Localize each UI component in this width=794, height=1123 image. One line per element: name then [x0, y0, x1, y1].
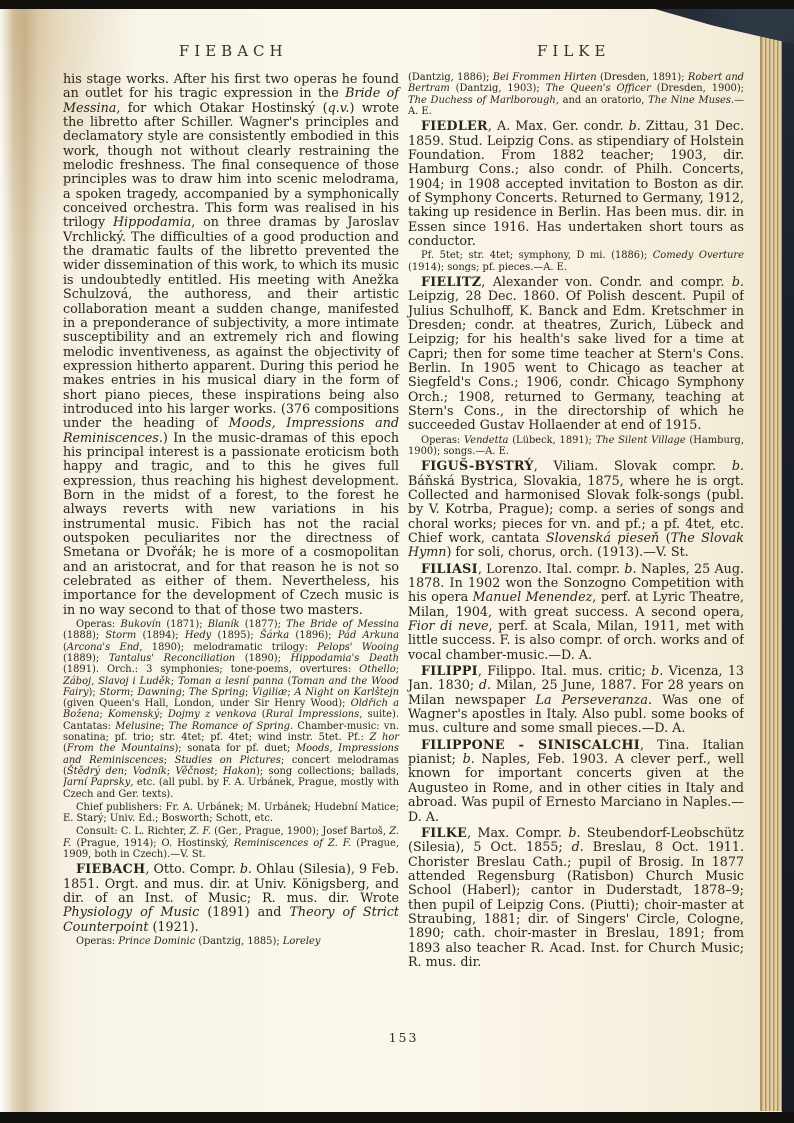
- text-run: (Lübeck, 1891);: [508, 435, 595, 446]
- page-number: 153: [63, 1030, 744, 1045]
- entry-paragraph: Pf. 5tet; str. 4tet; symphony, D mi. (18…: [408, 250, 744, 273]
- text-run: , Filippo. Ital. mus. critic;: [478, 663, 651, 678]
- text-run: (Dantzig, 1903);: [450, 83, 546, 94]
- text-run: Dojmy z venkova: [168, 709, 257, 720]
- text-run: ;: [161, 721, 169, 732]
- text-run: Hedy: [185, 630, 211, 641]
- text-run: (1891) and: [199, 904, 289, 919]
- text-run: Hakon: [223, 766, 256, 777]
- text-column-left: his stage works. After his first two ope…: [63, 72, 399, 969]
- text-run: (1891). Orch.: 3 symphonies; tone-poems,…: [63, 664, 359, 675]
- text-run: , Otto. Compr.: [145, 861, 240, 876]
- text-run: Štědrý den: [67, 766, 124, 777]
- text-run: ) for soli, chorus, orch. (1913).—V. St.: [446, 544, 688, 559]
- text-run: Comedy Overture: [653, 250, 744, 261]
- text-run: ); song collections; ballads,: [256, 766, 399, 777]
- text-run: Slovenská pieseň: [546, 530, 659, 545]
- text-run: FILKE: [421, 825, 467, 840]
- text-run: b.: [629, 118, 641, 133]
- text-run: Prince Dominic: [118, 936, 195, 947]
- text-run: , Max. Compr.: [467, 825, 568, 840]
- entry-paragraph: Operas: Vendetta (Lübeck, 1891); The Sil…: [408, 435, 744, 458]
- text-run: Reminiscences of Z. F.: [234, 838, 351, 849]
- text-run: The Romance of Spring: [169, 721, 290, 732]
- text-run: (: [659, 530, 670, 545]
- text-run: (1889);: [63, 653, 109, 664]
- entry-paragraph: FILIPPI, Filippo. Ital. mus. critic; b. …: [408, 664, 744, 736]
- text-run: (given Queen's Hall, London, under Sir H…: [63, 698, 351, 709]
- text-run: Studies on Pictures: [175, 755, 281, 766]
- text-run: (: [257, 709, 266, 720]
- text-run: d.: [479, 677, 491, 692]
- text-run: ); sonata for pf. duet;: [174, 743, 296, 754]
- text-run: Manuel Menendez: [473, 589, 593, 604]
- text-run: Záboj, Slavoj i Luděk: [63, 676, 171, 687]
- text-run: Operas:: [76, 619, 120, 630]
- text-run: Othello: [359, 664, 396, 675]
- text-run: Hippodamia: [113, 214, 191, 229]
- text-run: FIGUŠ-BYSTRÝ: [421, 458, 534, 473]
- text-run: FILIPPI: [421, 663, 478, 678]
- entry-paragraph: Consult: C. L. Richter, Z. F. (Ger., Pra…: [63, 826, 399, 860]
- text-run: b.: [651, 663, 663, 678]
- text-run: (Dresden, 1891);: [597, 72, 688, 83]
- binding-right-edge: [782, 0, 794, 1123]
- text-run: q.v.: [328, 100, 350, 115]
- text-columns: his stage works. After his first two ope…: [63, 72, 744, 969]
- text-run: ;: [124, 766, 133, 777]
- text-run: Loreley: [283, 936, 321, 947]
- text-run: The Nine Muses: [648, 95, 731, 106]
- text-run: b.: [732, 274, 744, 289]
- text-run: (1914); songs; pf. pieces.—A. E.: [408, 262, 567, 273]
- entry-paragraph: FIGUŠ-BYSTRÝ, Viliam. Slovak compr. b. B…: [408, 459, 744, 559]
- text-run: Storm: [99, 687, 130, 698]
- text-run: Pelops' Wooing: [317, 642, 399, 653]
- text-run: From the Mountains: [67, 743, 175, 754]
- text-run: , and an oratorio,: [556, 95, 648, 106]
- text-run: ;: [100, 709, 109, 720]
- binding-bottom-edge: [0, 1112, 794, 1123]
- text-run: , for which Otakar Hostinský (: [116, 100, 327, 115]
- text-run: , Alexander von. Condr. and compr.: [481, 274, 732, 289]
- text-run: (1896);: [289, 630, 338, 641]
- text-run: Vendetta: [464, 435, 508, 446]
- text-run: The Queen's Officer: [546, 83, 651, 94]
- text-run: b.: [624, 561, 636, 576]
- text-run: Dawning: [137, 687, 181, 698]
- text-run: FILIASI: [421, 561, 478, 576]
- text-run: Rural Impressions: [266, 709, 360, 720]
- text-run: Bei Frommen Hirten: [493, 72, 597, 83]
- text-run: (1871);: [161, 619, 208, 630]
- text-run: .) In the music-dramas of this epoch his…: [63, 430, 399, 617]
- text-run: );: [89, 687, 100, 698]
- text-run: FIEBACH: [76, 861, 145, 876]
- text-run: (Dantzig, 1885);: [195, 936, 283, 947]
- text-run: (1894);: [136, 630, 185, 641]
- text-run: The Bride of Messina: [286, 619, 399, 630]
- entry-paragraph: Operas: Bukovín (1871); Blaník (1877); T…: [63, 619, 399, 800]
- text-run: Operas:: [76, 936, 118, 947]
- text-run: Komenský: [108, 709, 159, 720]
- entry-paragraph: FIEDLER, A. Max. Ger. condr. b. Zittau, …: [408, 119, 744, 248]
- text-run: ;: [182, 687, 189, 698]
- text-run: Consult: C. L. Richter,: [76, 826, 190, 837]
- text-run: Arcona's End: [67, 642, 140, 653]
- text-run: FILIPPONE - SINISCALCHI: [421, 737, 640, 752]
- text-run: Blaník: [208, 619, 240, 630]
- text-run: Leipzig, 28 Dec. 1860. Of Polish descent…: [408, 288, 744, 432]
- binding-top-edge: [0, 0, 794, 9]
- text-run: , on three dramas by Jaroslav Vrchlický.…: [63, 214, 399, 430]
- text-run: b.: [463, 751, 475, 766]
- text-run: , 1890); melodramatic trilogy:: [139, 642, 317, 653]
- text-run: (Prague, 1914); O. Hostinský,: [71, 838, 233, 849]
- entry-paragraph: Operas: Prince Dominic (Dantzig, 1885); …: [63, 936, 399, 947]
- text-run: Melusine: [115, 721, 161, 732]
- text-run: Hippodamia's Death: [291, 653, 399, 664]
- entry-paragraph: FILIPPONE - SINISCALCHI, Tina. Italian p…: [408, 738, 744, 824]
- text-run: ;: [159, 709, 168, 720]
- entry-paragraph: FIELITZ, Alexander von. Condr. and compr…: [408, 275, 744, 433]
- text-run: ;: [164, 755, 175, 766]
- entry-paragraph: FIEBACH, Otto. Compr. b. Ohlau (Silesia)…: [63, 862, 399, 934]
- text-run: Toman a lesní panna: [178, 676, 284, 687]
- entry-paragraph: (Dantzig, 1886); Bei Frommen Hirten (Dre…: [408, 72, 744, 117]
- text-run: Věčnost: [175, 766, 214, 777]
- text-run: ;: [396, 664, 399, 675]
- text-column-right: (Dantzig, 1886); Bei Frommen Hirten (Dre…: [408, 72, 744, 969]
- text-run: b.: [732, 458, 744, 473]
- text-run: Storm: [105, 630, 136, 641]
- running-head-left: FIEBACH: [63, 42, 404, 60]
- text-run: ;: [214, 766, 223, 777]
- text-run: Bukovín: [120, 619, 161, 630]
- text-run: Vigiliæ: [252, 687, 287, 698]
- text-run: Operas:: [421, 435, 464, 446]
- text-run: b.: [568, 825, 580, 840]
- text-run: Pf. 5tet; str. 4tet; symphony, D mi. (18…: [421, 250, 653, 261]
- text-run: (1877);: [240, 619, 287, 630]
- text-run: ) wrote the libretto after Schiller. Wag…: [63, 100, 399, 230]
- text-run: Tantalus' Reconciliation: [109, 653, 235, 664]
- text-run: ;: [171, 676, 178, 687]
- text-run: Pád Arkuna: [338, 630, 399, 641]
- text-run: , Viliam. Slovak compr.: [534, 458, 732, 473]
- text-run: Chief publishers: Fr. A. Urbánek; M. Urb…: [63, 802, 399, 824]
- text-run: (Dresden, 1900);: [651, 83, 744, 94]
- text-run: The Silent Village: [596, 435, 686, 446]
- text-run: Šárka: [260, 630, 289, 641]
- text-run: The Duchess of Marlborough: [408, 95, 556, 106]
- text-run: , Lorenzo. Ital. compr.: [478, 561, 625, 576]
- text-run: (1890);: [235, 653, 290, 664]
- book-scan: FIEBACH FILKE his stage works. After his…: [0, 0, 794, 1123]
- text-run: (Ger., Prague, 1900); Josef Bartoš,: [211, 826, 389, 837]
- stacked-page-edges: [760, 32, 783, 1111]
- text-run: Z hor: [369, 732, 399, 743]
- entry-paragraph: his stage works. After his first two ope…: [63, 72, 399, 617]
- text-run: La Perseveranza: [536, 692, 648, 707]
- text-run: Fior di neve: [408, 618, 488, 633]
- text-run: (Dantzig, 1886);: [408, 72, 493, 83]
- text-run: Z. F.: [190, 826, 211, 837]
- text-run: Zittau, 31 Dec. 1859. Stud. Leipzig Cons…: [408, 118, 744, 248]
- text-run: (1888);: [63, 630, 105, 641]
- text-run: FIEDLER: [421, 118, 488, 133]
- text-run: Jarní Paprsky: [63, 777, 130, 788]
- text-run: Vodník: [133, 766, 167, 777]
- entry-paragraph: FILIASI, Lorenzo. Ital. compr. b. Naples…: [408, 562, 744, 662]
- text-run: The Spring: [189, 687, 245, 698]
- text-run: FIELITZ: [421, 274, 481, 289]
- page-gutter-shadow: [0, 9, 62, 1112]
- text-run: , A. Max. Ger. condr.: [488, 118, 629, 133]
- text-run: Breslau, 8 Oct. 1911. Chorister Breslau …: [408, 839, 744, 969]
- text-run: d.: [572, 839, 584, 854]
- entry-paragraph: FILKE, Max. Compr. b. Steubendorf-Leobsc…: [408, 826, 744, 969]
- entry-paragraph: Chief publishers: Fr. A. Urbánek; M. Urb…: [63, 802, 399, 825]
- running-heads: FIEBACH FILKE: [63, 42, 744, 60]
- text-run: Physiology of Music: [63, 904, 199, 919]
- text-run: (1921).: [148, 919, 198, 934]
- running-head-right: FILKE: [404, 42, 745, 60]
- text-run: (1895);: [211, 630, 260, 641]
- text-run: A Night on Karlštejn: [294, 687, 399, 698]
- text-run: b.: [240, 861, 252, 876]
